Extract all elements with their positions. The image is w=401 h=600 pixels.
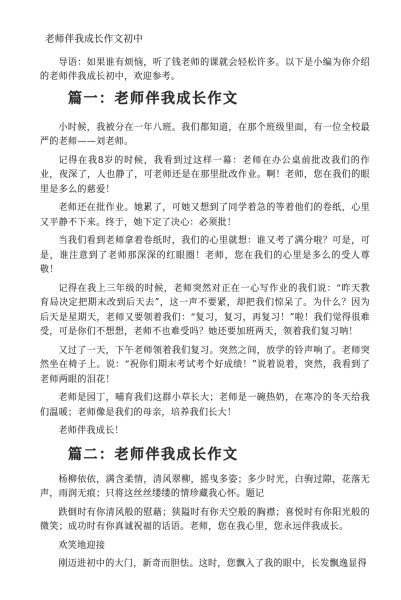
essay-1-paragraph: 又过了一天，下午老师领着我们复习。突然之间，放学的铃声响了。老师突然坐在椅子上。…: [40, 344, 370, 388]
document-page: 老师伴我成长作文初中 导语：如果谁有烦恼，听了钱老师的课就会轻松许多。以下是小编…: [0, 0, 401, 600]
essay-2-paragraph: 欢笑地迎接: [40, 539, 370, 554]
essay-1-paragraph: 记得在我上三年级的时候，老师突然对正在一心写作业的我们说：“昨天教育局决定把期末…: [40, 282, 370, 340]
essay-2-paragraph: 刚迈进初中的大门，新奇而胆怯。这时，您飘入了我的眼中，长发飘逸显得: [40, 557, 370, 572]
essay-2-paragraph: 跌倒时有你清风般的慰藉；狭隘时有你天空般的胸襟；喜悦时有你阳光般的微笑；成功时有…: [40, 506, 370, 535]
essay-2-heading: 篇二：老师伴我成长作文: [40, 445, 370, 465]
essay-1-paragraph: 当我们看到老师拿着卷纸时，我们的心里就想：谁又考了满分啦？可是，可是，谁注意到了…: [40, 234, 370, 278]
essay-1-paragraph: 老师是园丁，哺育我们这群小草长大；老师是一碗热奶，在寒冷的冬天给我们温暖；老师像…: [40, 391, 370, 420]
intro-paragraph: 导语：如果谁有烦恼，听了钱老师的课就会轻松许多。以下是小编为你介绍的老师伴我成长…: [40, 56, 370, 85]
essay-1-paragraph: 老师还在批作业。她累了，可她又想到了同学着急的等着他们的卷纸，心里又平静不下来。…: [40, 201, 370, 230]
essay-1-paragraph: 记得在我8岁的时候，我看到过这样一幕：老师在办公桌前批改我们的作业，夜深了，人也…: [40, 154, 370, 198]
essay-1-heading: 篇一：老师伴我成长作文: [40, 89, 370, 109]
document-title: 老师伴我成长作文初中: [40, 33, 370, 48]
essay-1-paragraph: 老师伴我成长！: [40, 424, 370, 439]
essay-1-paragraph: 小时候，我被分在一年八班。我们都知道，在那个班级里面，有一位全校最严的老师——刘…: [40, 121, 370, 150]
essay-2-paragraph: 杨柳依依，满含柔情，清风翠柳，摇曳多姿；多少时光，白驹过隙，花落无声，雨润无痕；…: [40, 473, 370, 502]
